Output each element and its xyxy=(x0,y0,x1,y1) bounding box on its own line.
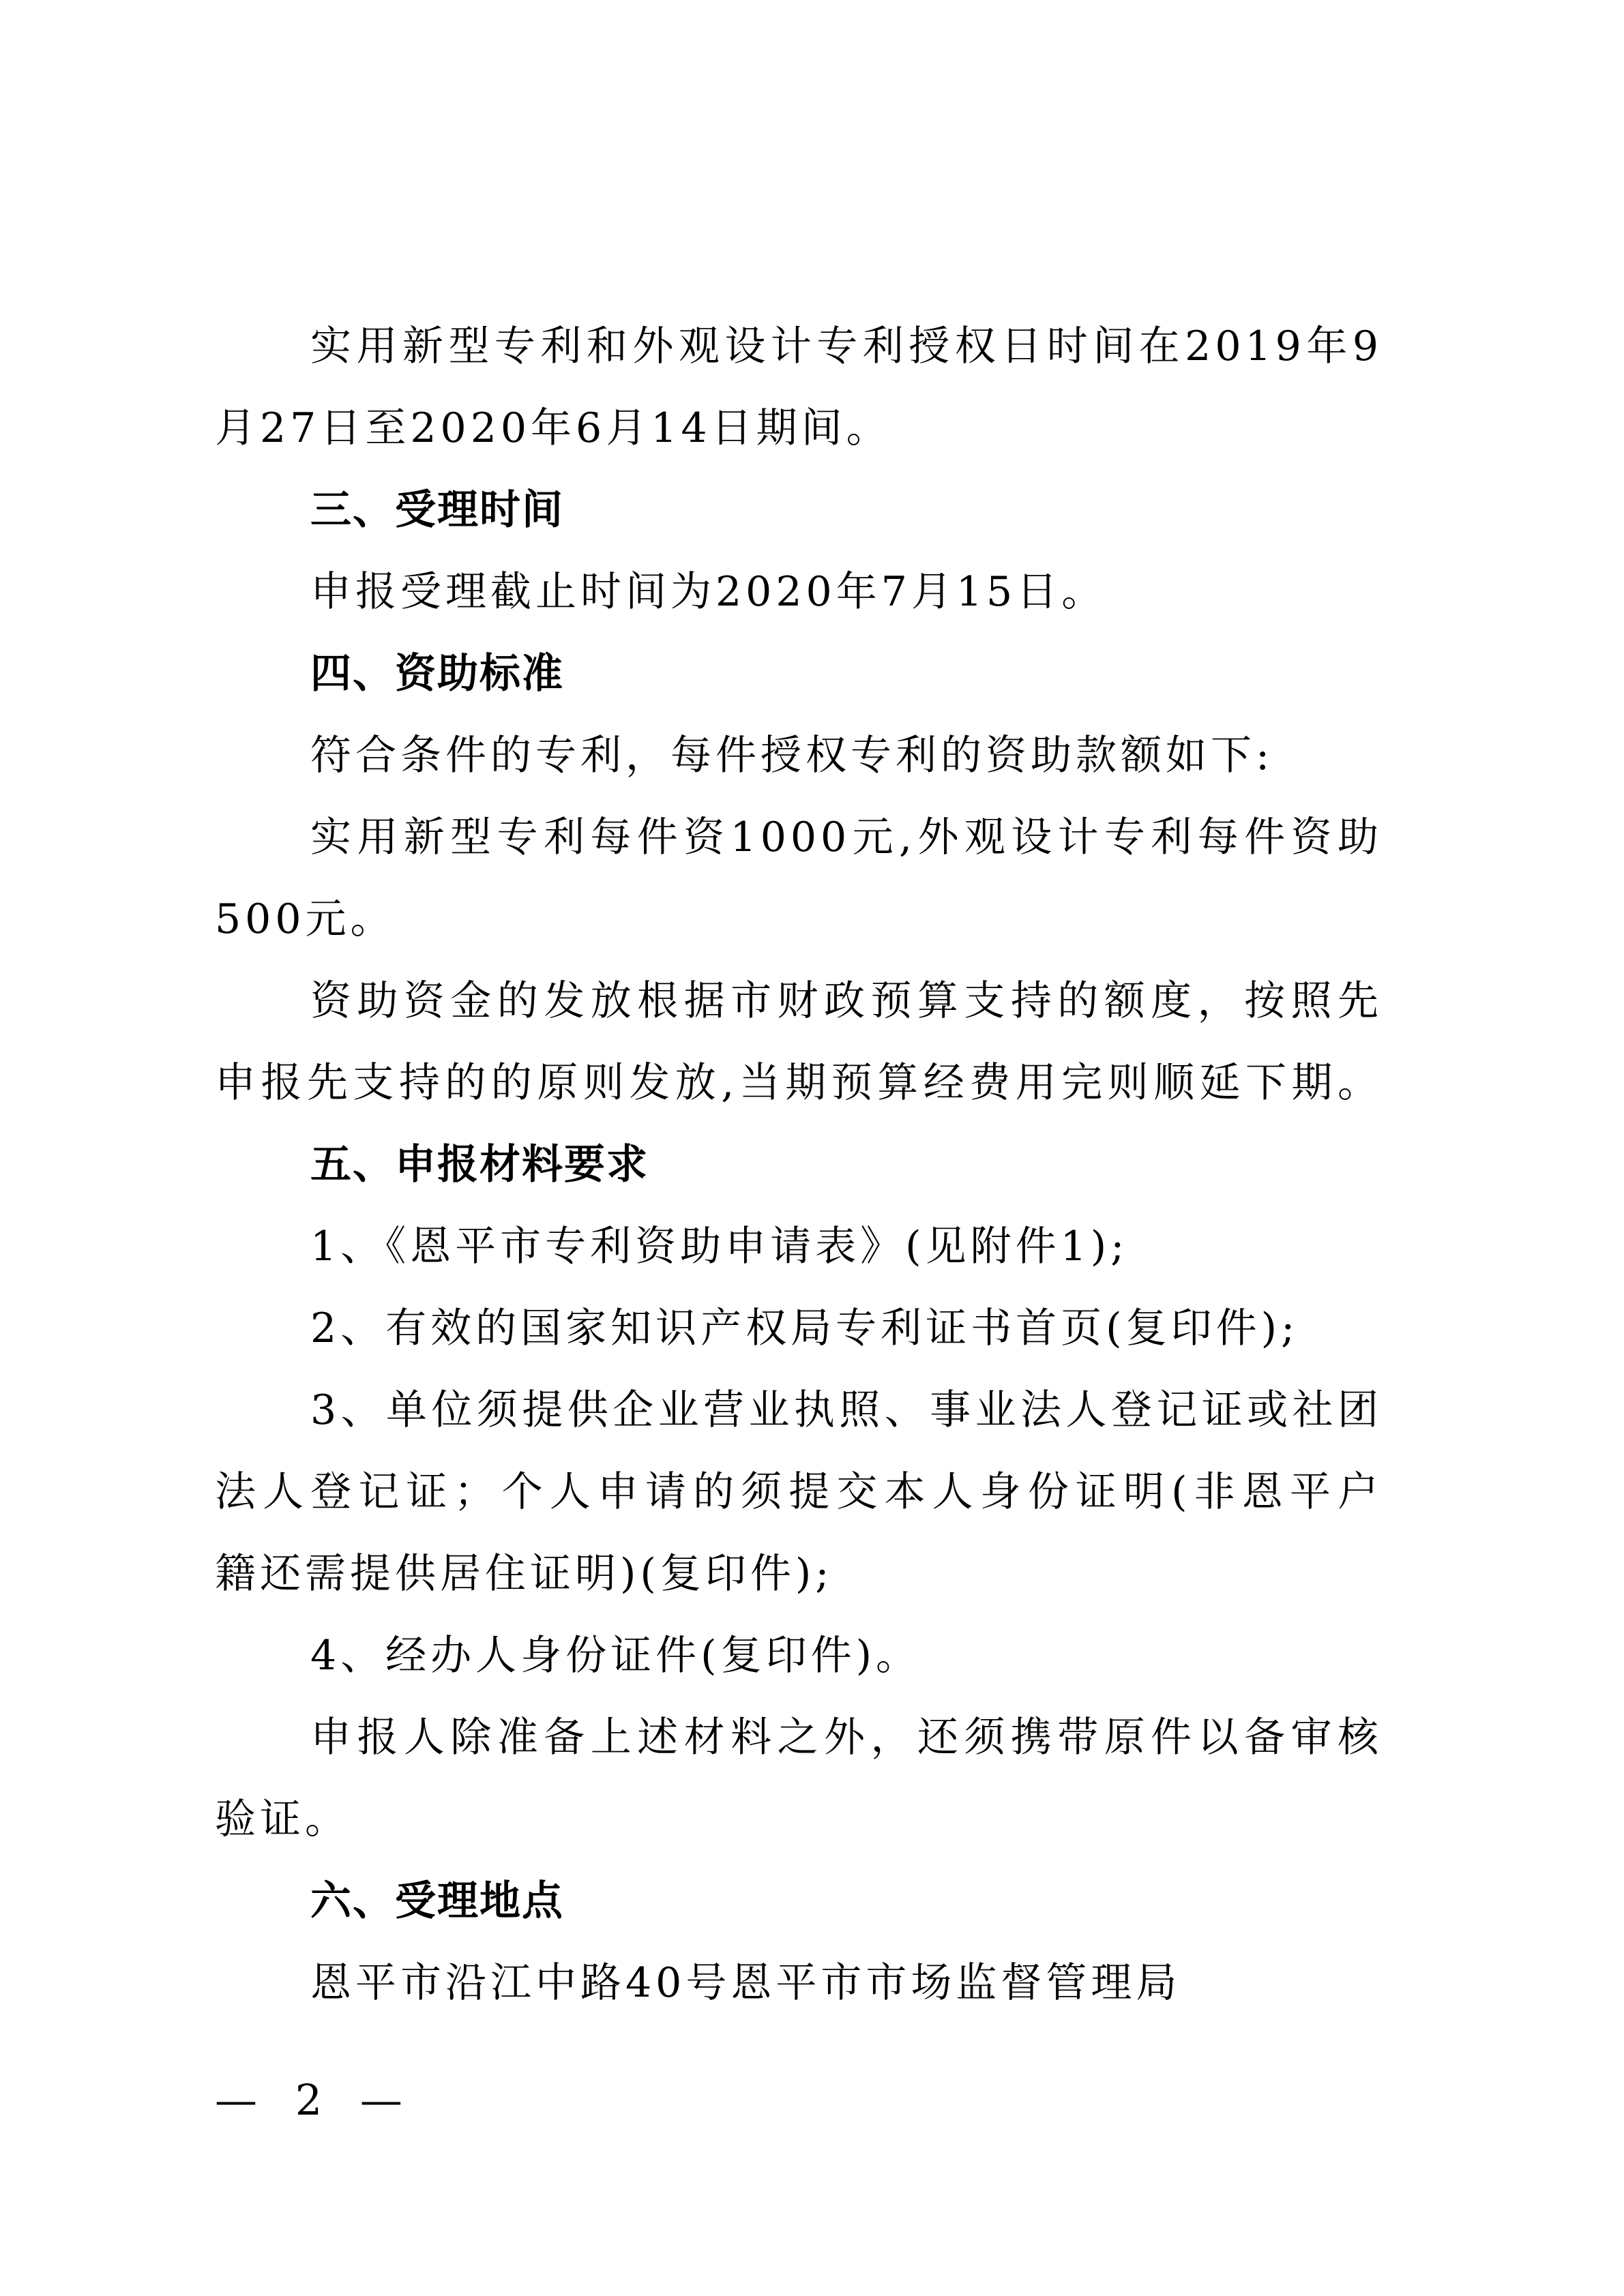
list-item-continued: 籍还需提供居住证明)(复印件); xyxy=(215,1533,1383,1615)
document-page: 实用新型专利和外观设计专利授权日时间在2019年9 月27日至2020年6月14… xyxy=(215,305,1383,2024)
list-item: 1、《恩平市专利资助申请表》(见附件1); xyxy=(215,1206,1383,1287)
body-line: 资助资金的发放根据市财政预算支持的额度，按照先 xyxy=(215,960,1383,1042)
section-heading-application-materials: 五、申报材料要求 xyxy=(215,1124,1383,1206)
section-heading-acceptance-location: 六、受理地点 xyxy=(215,1860,1383,1942)
body-line: 月27日至2020年6月14日期间。 xyxy=(215,387,1383,469)
body-line: 申报受理截止时间为2020年7月15日。 xyxy=(215,551,1383,633)
body-line: 实用新型专利每件资1000元,外观设计专利每件资助 xyxy=(215,796,1383,878)
list-item: 3、单位须提供企业营业执照、事业法人登记证或社团 xyxy=(215,1369,1383,1451)
body-line: 申报人除准备上述材料之外，还须携带原件以备审核 xyxy=(215,1697,1383,1778)
body-line: 申报先支持的的原则发放,当期预算经费用完则顺延下期。 xyxy=(215,1042,1383,1124)
body-line: 500元。 xyxy=(215,878,1383,960)
list-item-continued: 法人登记证；个人申请的须提交本人身份证明(非恩平户 xyxy=(215,1451,1383,1533)
body-line: 符合条件的专利，每件授权专利的资助款额如下: xyxy=(215,715,1383,796)
body-line: 验证。 xyxy=(215,1778,1383,1860)
address-line: 恩平市沿江中路40号恩平市市场监督管理局 xyxy=(215,1942,1383,2024)
body-line: 实用新型专利和外观设计专利授权日时间在2019年9 xyxy=(215,305,1383,387)
section-heading-acceptance-time: 三、受理时间 xyxy=(215,469,1383,551)
page-number: — 2 — xyxy=(215,2066,415,2134)
list-item: 2、有效的国家知识产权局专利证书首页(复印件); xyxy=(215,1287,1383,1369)
section-heading-funding-standard: 四、资助标准 xyxy=(215,633,1383,715)
list-item: 4、经办人身份证件(复印件)。 xyxy=(215,1615,1383,1697)
